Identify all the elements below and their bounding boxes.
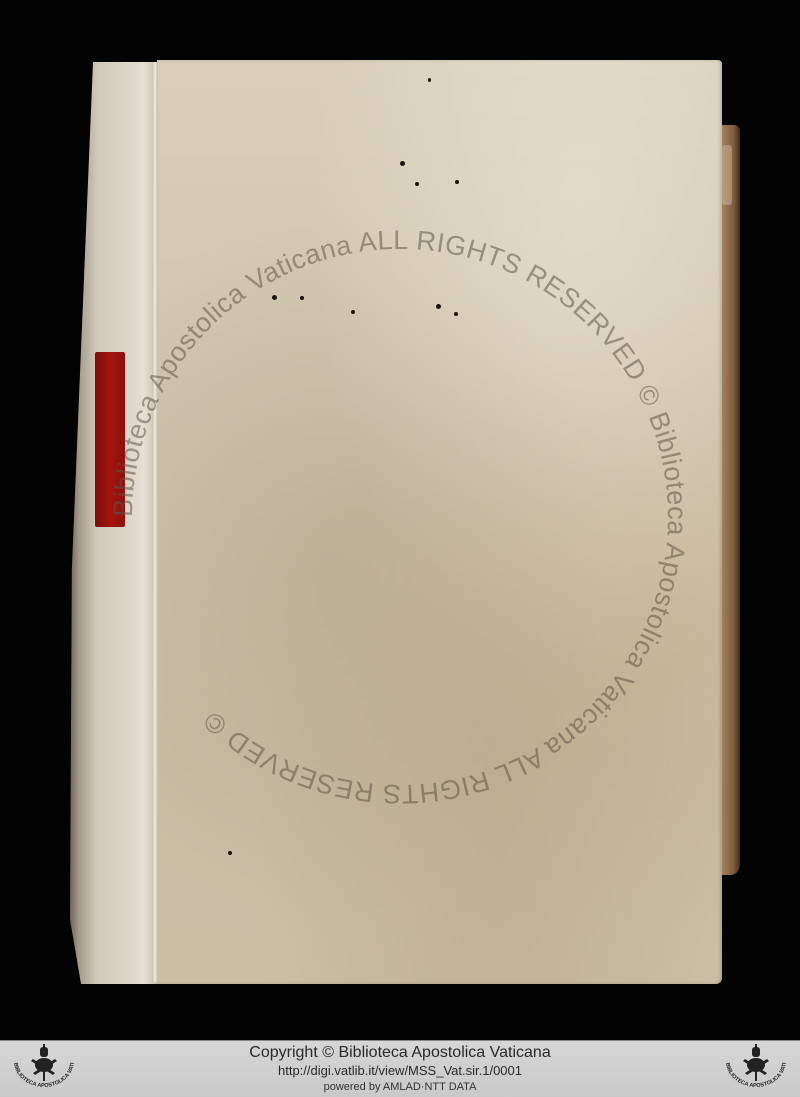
book-front-cover — [157, 60, 722, 984]
vellum-hole — [454, 312, 458, 316]
vellum-hole — [351, 310, 355, 314]
vellum-hole — [436, 304, 441, 309]
vellum-hole — [455, 180, 459, 184]
spine-red-label — [95, 352, 125, 527]
copyright-footer: BIBLIOTECA APOSTOLICA VATICANA Copyright… — [0, 1040, 800, 1097]
vellum-hole — [272, 295, 277, 300]
vellum-hole — [300, 296, 304, 300]
vellum-hole — [400, 161, 405, 166]
manuscript-scan: Biblioteca Apostolica Vaticana ALL RIGHT… — [0, 0, 800, 1040]
copyright-text: Copyright © Biblioteca Apostolica Vatica… — [0, 1044, 800, 1062]
powered-by-text: powered by AMLAD·NTT DATA — [0, 1081, 800, 1093]
vellum-hole — [228, 851, 232, 855]
manuscript-url[interactable]: http://digi.vatlib.it/view/MSS_Vat.sir.1… — [0, 1063, 800, 1078]
vellum-hole — [428, 78, 431, 82]
vatican-library-logo-icon: BIBLIOTECA APOSTOLICA VATICANA — [716, 1043, 796, 1095]
vellum-hole — [415, 182, 419, 186]
spine-hinge — [152, 62, 158, 982]
